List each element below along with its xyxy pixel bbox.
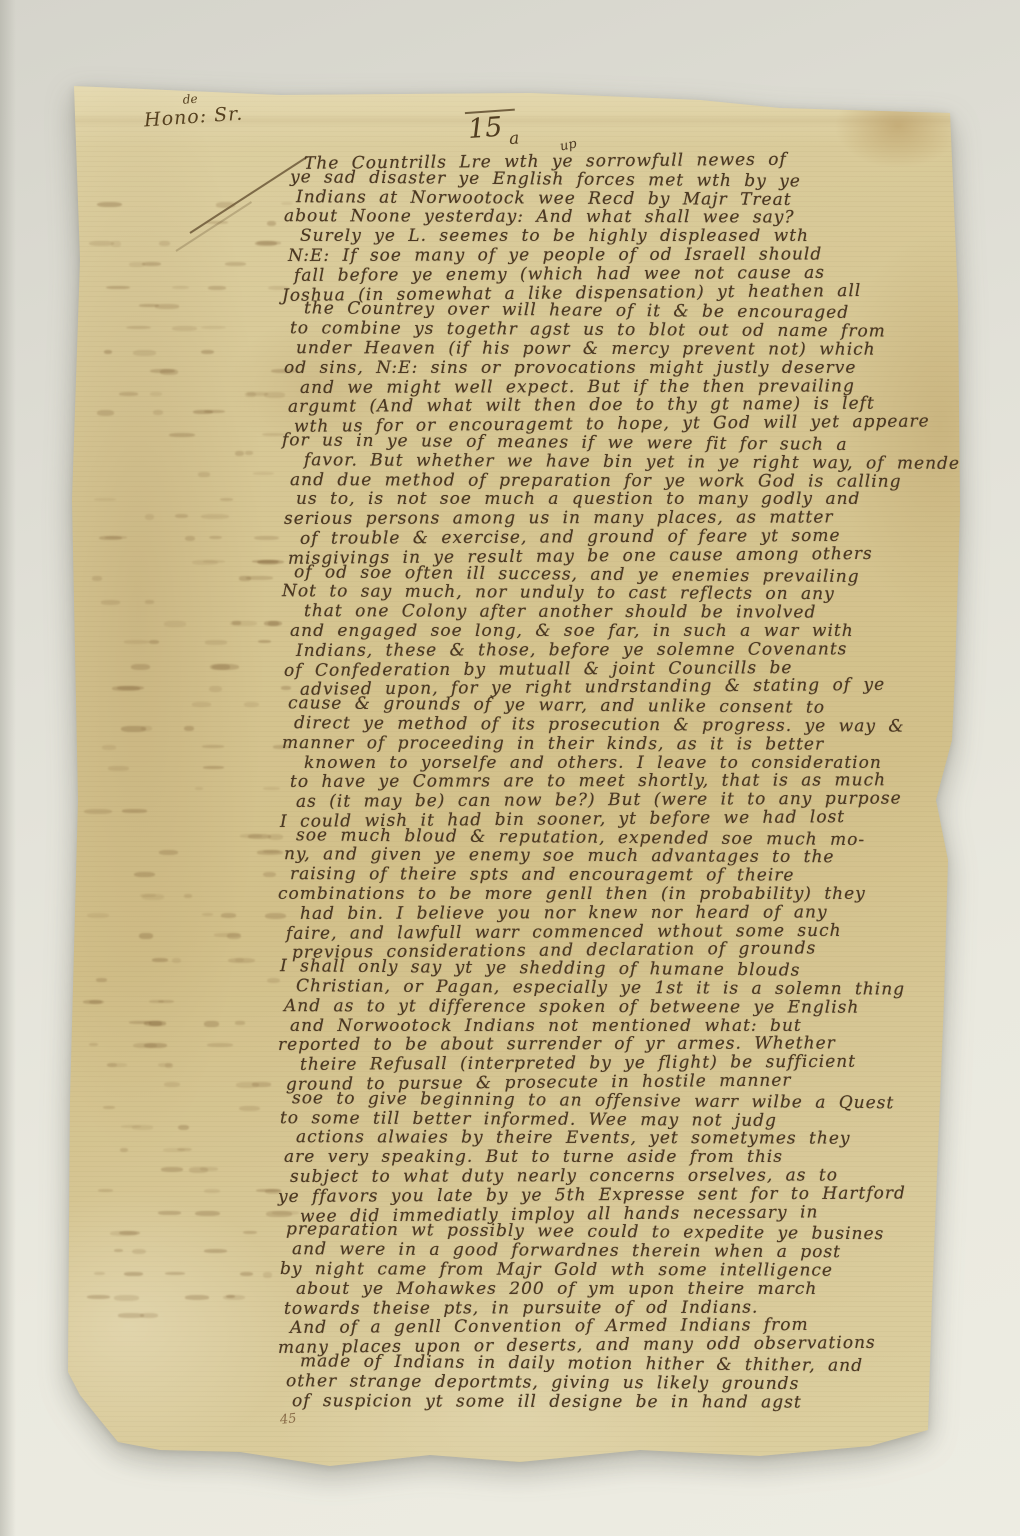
bleedthrough-blot (209, 686, 222, 692)
bleedthrough-blot (203, 560, 225, 563)
bleedthrough-blot (103, 1106, 115, 1109)
manuscript-line: and due method of preparation for ye wor… (290, 471, 954, 492)
bleedthrough-blot (202, 913, 213, 916)
folio-number: 45 (279, 1411, 297, 1428)
bleedthrough-blot (140, 1313, 158, 1318)
bleedthrough-blot (152, 958, 168, 962)
salutation-prefix: Hono: (143, 105, 207, 131)
bleedthrough-blot (220, 498, 233, 501)
bleedthrough-blot (87, 1295, 110, 1299)
manuscript-lines: The Countrills Lre wth ye sorrowfull new… (282, 152, 954, 1411)
bleedthrough-blot (178, 1125, 189, 1130)
manuscript-page: Hono:de Sr. 15a up The Countrills Lre wt… (68, 86, 960, 1466)
ink-bleedthrough-marks (82, 198, 314, 1358)
bleedthrough-blot (235, 1021, 245, 1024)
bleedthrough-blot (114, 1295, 139, 1301)
bleedthrough-blot (133, 1043, 157, 1048)
bleedthrough-blot (221, 913, 236, 918)
bleedthrough-blot (94, 1272, 105, 1275)
bleedthrough-blot (101, 600, 120, 605)
bleedthrough-blot (184, 894, 192, 898)
manuscript-line: and Norwootock Indians not mentioned wha… (290, 1017, 954, 1036)
bleedthrough-blot (164, 621, 187, 626)
manuscript-line: manner of proceeding in their kinds, as … (282, 734, 954, 755)
bleedthrough-blot (258, 640, 272, 643)
bleedthrough-blot (124, 1272, 143, 1276)
bleedthrough-blot (172, 958, 181, 963)
bleedthrough-blot (192, 702, 212, 707)
bleedthrough-blot (228, 958, 255, 963)
bleedthrough-blot (254, 536, 279, 541)
bleedthrough-blot (158, 1211, 181, 1215)
manuscript-line: Indians, these & those, before ye solemn… (296, 640, 954, 661)
bleedthrough-blot (126, 326, 151, 330)
bleedthrough-blot (149, 1021, 162, 1026)
bleedthrough-blot (158, 1063, 172, 1067)
bleedthrough-blot (201, 326, 226, 330)
bleedthrough-blot (204, 1189, 220, 1194)
manuscript-paper: Hono:de Sr. 15a up The Countrills Lre wt… (68, 86, 960, 1466)
bleedthrough-blot (165, 1272, 186, 1275)
manuscript-line: had bin. I believe you nor knew nor hear… (300, 903, 954, 924)
bleedthrough-blot (235, 451, 244, 456)
bleedthrough-blot (243, 1231, 257, 1234)
bleedthrough-blot (149, 640, 159, 644)
bleedthrough-blot (107, 1063, 117, 1067)
bleedthrough-blot (83, 1000, 102, 1004)
bleedthrough-blot (97, 202, 122, 208)
bleedthrough-blot (257, 241, 281, 245)
manuscript-line: of suspicion yt some ill designe be in h… (292, 1392, 954, 1413)
bleedthrough-blot (240, 834, 261, 838)
manuscript-line: od sins, N:E: sins or provocations might… (284, 359, 954, 378)
bleedthrough-blot (155, 304, 178, 308)
bleedthrough-blot (132, 1249, 146, 1255)
bleedthrough-blot (153, 410, 163, 416)
bleedthrough-blot (105, 536, 128, 539)
bleedthrough-blot (89, 241, 114, 246)
bleedthrough-blot (227, 933, 241, 939)
bleedthrough-blot (244, 702, 259, 707)
bleedthrough-blot (216, 202, 235, 208)
bleedthrough-blot (268, 621, 279, 625)
bleedthrough-blot (161, 1167, 183, 1172)
bleedthrough-blot (149, 1000, 164, 1004)
bleedthrough-blot (134, 872, 155, 877)
salutation-superscript: de (182, 92, 198, 107)
bleedthrough-blot (159, 241, 170, 246)
bleedthrough-blot (253, 472, 274, 475)
bleedthrough-blot (201, 514, 229, 519)
bleedthrough-blot (247, 392, 269, 395)
bleedthrough-blot (164, 1082, 180, 1087)
bleedthrough-blot (120, 1148, 128, 1152)
bleedthrough-blot (108, 766, 129, 771)
bleedthrough-blot (124, 640, 150, 643)
bleedthrough-blot (204, 1021, 218, 1026)
bleedthrough-blot (210, 664, 230, 670)
bleedthrough-blot (89, 1043, 98, 1046)
bleedthrough-blot (246, 576, 273, 580)
bleedthrough-blot (189, 1167, 208, 1173)
manuscript-line: about ye Mohawkes 200 of ym upon theire … (296, 1280, 954, 1299)
manuscript-line: are very speaking. But to turne aside fr… (284, 1148, 954, 1167)
bleedthrough-blot (245, 451, 253, 455)
bleedthrough-blot (139, 933, 152, 939)
bleedthrough-blot (129, 262, 145, 267)
bleedthrough-blot (145, 514, 154, 520)
bleedthrough-blot (92, 576, 102, 581)
salutation: Hono:de Sr. (143, 103, 243, 132)
manuscript-line: actions alwaies by theire Events, yet so… (296, 1129, 954, 1150)
bleedthrough-blot (145, 600, 153, 604)
bleedthrough-blot (102, 745, 116, 750)
bleedthrough-blot (121, 726, 147, 732)
bleedthrough-blot (203, 766, 224, 769)
bleedthrough-blot (232, 621, 240, 625)
bleedthrough-blot (209, 536, 221, 540)
bleedthrough-blot (240, 1272, 253, 1276)
page-number-letter: a (509, 128, 521, 149)
bleedthrough-blot (131, 664, 149, 670)
bleedthrough-blot (104, 350, 112, 354)
bleedthrough-blot (175, 514, 187, 518)
bleedthrough-blot (122, 809, 147, 813)
bleedthrough-blot (150, 392, 162, 396)
bleedthrough-blot (114, 1249, 124, 1252)
manuscript-line: raising of theire spts and encouragemt o… (290, 865, 954, 886)
bleedthrough-blot (94, 498, 116, 501)
bleedthrough-blot (159, 850, 178, 855)
manuscript-line: that one Colony after another should be … (304, 602, 954, 623)
manuscript-line: under Heaven (if his powr & mercy preven… (296, 339, 954, 360)
bleedthrough-blot (263, 787, 280, 790)
bleedthrough-blot (185, 536, 196, 541)
bleedthrough-blot (201, 350, 215, 355)
bleedthrough-blot (106, 286, 129, 290)
bleedthrough-blot (252, 1082, 271, 1086)
bleedthrough-blot (239, 1106, 260, 1111)
bleedthrough-blot (185, 1295, 209, 1300)
manuscript-line: about Noone yesterday: And what shall we… (284, 207, 954, 228)
bleedthrough-blot (263, 1272, 272, 1278)
manuscript-line: Surely ye L. seemes to be highly displea… (300, 227, 954, 246)
bleedthrough-blot (195, 1211, 219, 1216)
bleedthrough-blot (172, 286, 189, 290)
bleedthrough-blot (87, 913, 109, 918)
bleedthrough-blot (117, 686, 144, 691)
bleedthrough-blot (184, 726, 194, 732)
bleedthrough-blot (133, 350, 155, 356)
bleedthrough-blot (119, 1231, 140, 1235)
photograph-background: Hono:de Sr. 15a up The Countrills Lre wt… (0, 0, 1020, 1536)
bleedthrough-blot (204, 1249, 227, 1253)
manuscript-line: us to, is not soe much a question to man… (296, 490, 954, 509)
manuscript-line: by night came from Majr Gold wth some in… (280, 1260, 954, 1281)
bleedthrough-blot (263, 872, 277, 877)
bleedthrough-blot (172, 326, 198, 331)
bleedthrough-blot (207, 1043, 234, 1047)
manuscript-line: N:E: If soe many of ye people of od Isra… (288, 245, 954, 266)
bleedthrough-blot (195, 787, 203, 790)
bleedthrough-blot (163, 1148, 184, 1152)
bleedthrough-blot (84, 809, 112, 814)
page-number: 15a (465, 110, 528, 145)
bleedthrough-blot (98, 1189, 113, 1192)
bleedthrough-blot (267, 978, 280, 984)
bleedthrough-blot (169, 433, 195, 437)
bleedthrough-blot (132, 1125, 154, 1130)
bleedthrough-blot (208, 286, 226, 290)
manuscript-line: combinations to be more genll then (in p… (278, 885, 954, 904)
bleedthrough-blot (96, 978, 107, 982)
manuscript-line: and engaged soe long, & soe far, in such… (290, 622, 954, 641)
bleedthrough-blot (206, 221, 229, 224)
bleedthrough-blot (205, 640, 227, 644)
bleedthrough-blot (97, 410, 114, 416)
bleedthrough-blot (198, 472, 209, 477)
bleedthrough-blot (202, 745, 224, 748)
bleedthrough-blot (267, 221, 276, 226)
bleedthrough-blot (225, 262, 245, 266)
salutation-suffix: Sr. (213, 103, 244, 127)
bleedthrough-blot (119, 392, 138, 396)
manuscript-line: And as to yt difference spoken of betwee… (284, 997, 954, 1018)
bleedthrough-blot (252, 560, 279, 563)
